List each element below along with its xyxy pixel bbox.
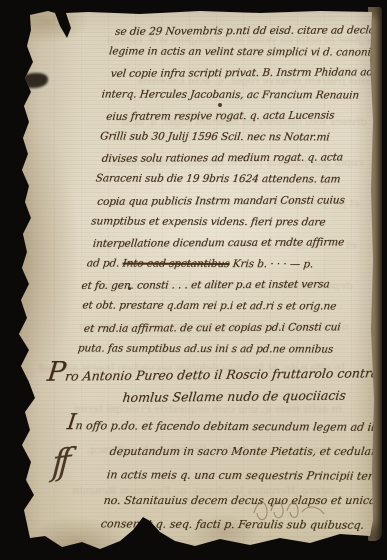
entry-line: consentit q. seq. facti p. Feraulis sub … [99, 517, 384, 543]
manuscript-line: interpellatione dicendum causa et rndte … [91, 236, 373, 259]
manuscript-line: Grilli sub 30 Julij 1596 Scil. nec ns No… [98, 130, 384, 152]
line-segment: Kris b. · · · — p. [229, 258, 314, 270]
case-heading-line: homlus Sellame nudo de quociiacis [122, 387, 377, 405]
entry-line: no. Stanitauius decem decus quo elapso e… [101, 494, 386, 519]
manuscript-line: divises solu rationes ad medium rogat. q… [100, 151, 382, 174]
manuscript-line: interq. Hercules Jacobanis, ac Francium … [100, 88, 387, 110]
manuscript-line: et obt. prestare q.dam rei p.i et ad.ri … [81, 300, 367, 322]
entry-line: in actis meis q. una cum sequestris Prin… [105, 468, 387, 494]
manuscript-line: puta. fas sumptibus ad.us ini s ad pd.ne… [76, 342, 362, 364]
manuscript-line: se die 29 Novembris p.nti dd eisd. citar… [114, 24, 387, 47]
entry-paragraph: In offo p.do. et facendo debitam secundu… [52, 420, 387, 543]
margin-x-mark: x [21, 416, 26, 426]
entry-line: In offo p.do. et facendo debitam secundu… [65, 419, 387, 445]
photograph-background: legime in actis an velint stare simplici… [0, 0, 387, 560]
case-heading: Pro Antonio Pureo detto il Roscio frutta… [44, 364, 380, 405]
manuscript-line: vel copie infra scripti privat. B. Instr… [109, 67, 387, 90]
manuscript-line: copia qua publicis Instrm mandari Consti… [96, 194, 378, 217]
manuscript-line: et fo. gen. consti . . . et aliter p.a e… [80, 278, 369, 301]
manuscript-line: et rnd.ia affirmat. de cui et copias pd.… [82, 321, 364, 344]
entry-line: deputandum in sacro Monte Pietatis, et c… [108, 445, 387, 470]
case-heading-line: Pro Antonio Pureo detto il Roscio frutta… [46, 364, 379, 383]
pen-flourish [252, 493, 336, 523]
manuscript-line: sumptibus et expensis videns. fieri pres… [90, 215, 376, 237]
struck-text: Into ead spctantibus [122, 258, 230, 270]
manuscript-line: Saraceni sub die 19 9bris 1624 attendens… [94, 173, 380, 195]
manuscript-page: legime in actis an velint stare simplici… [0, 0, 387, 560]
manuscript-line: eius fratrem respive rogat. q. acta Luce… [105, 109, 387, 132]
main-text-block: se die 29 Novembris p.nti dd eisd. citar… [80, 25, 387, 364]
manuscript-line-with-strikethrough: ad pd. Into ead spctantibus Kris b. · · … [85, 257, 371, 279]
manuscript-line: legime in actis an velint stare simplici… [107, 46, 387, 68]
line-segment: ad pd. [86, 257, 123, 269]
